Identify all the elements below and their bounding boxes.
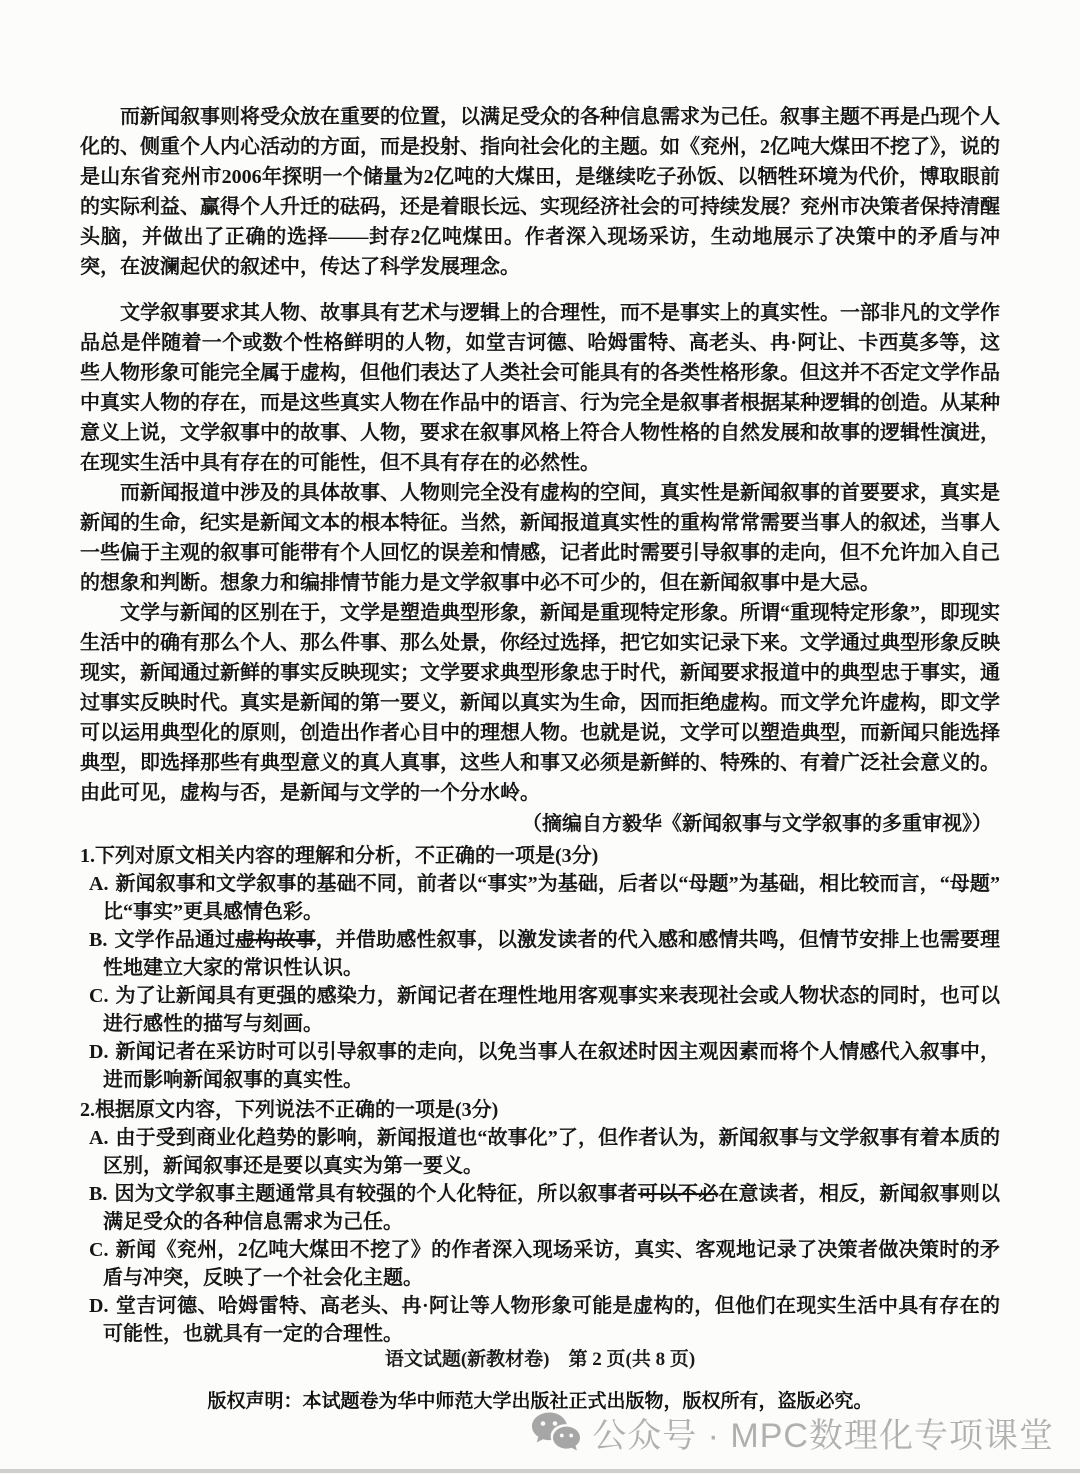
- passage-paragraph-2: 文学叙事要求其人物、故事具有艺术与逻辑上的合理性，而不是事实上的真实性。一部非凡…: [80, 298, 1000, 478]
- option-text: 由于受到商业化趋势的影响，新闻报道也“故事化”了，但作者认为，新闻叙事与文学叙事…: [103, 1127, 1000, 1177]
- question-2-stem: 2.根据原文内容，下列说法不正确的一项是(3分): [80, 1096, 1000, 1124]
- option-text: 新闻叙事和文学叙事的基础不同，前者以“事实”为基础，后者以“母题”为基础，相比较…: [103, 873, 1000, 923]
- option-text: 新闻《兖州，2亿吨大煤田不挖了》的作者深入现场采访，真实、客观地记录了决策者做决…: [103, 1239, 1000, 1289]
- question-2-option-b: B.因为文学叙事主题通常具有较强的个人化特征，所以叙事者可以不必在意读者，相反，…: [89, 1180, 1000, 1236]
- passage-paragraph-1: 而新闻叙事则将受众放在重要的位置，以满足受众的各种信息需求为己任。叙事主题不再是…: [80, 102, 1000, 282]
- option-text: 为了让新闻具有更强的感染力，新闻记者在理性地用客观事实来表现社会或人物状态的同时…: [103, 985, 1000, 1035]
- option-label: A.: [89, 1127, 108, 1149]
- struck-text: 虚构故事: [235, 929, 316, 951]
- option-label: A.: [89, 873, 108, 895]
- question-1-option-c: C.为了让新闻具有更强的感染力，新闻记者在理性地用客观事实来表现社会或人物状态的…: [89, 982, 1000, 1038]
- option-label: D.: [89, 1041, 108, 1063]
- exam-page: 而新闻叙事则将受众放在重要的位置，以满足受众的各种信息需求为己任。叙事主题不再是…: [0, 0, 1080, 1475]
- passage-paragraph-3: 而新闻报道中涉及的具体故事、人物则完全没有虚构的空间，真实性是新闻叙事的首要要求…: [80, 478, 1000, 598]
- watermark: 公众号 · MPC数理化专项课堂: [530, 1408, 1054, 1457]
- option-text: 文学作品通过: [114, 929, 235, 951]
- question-1-stem: 1.下列对原文相关内容的理解和分析，不正确的一项是(3分): [80, 842, 1000, 870]
- struck-text: 可以不必: [638, 1183, 719, 1205]
- question-1-option-d: D.新闻记者在采访时可以引导叙事的走向，以免当事人在叙述时因主观因素而将个人情感…: [89, 1038, 1000, 1094]
- wechat-icon: [530, 1411, 582, 1455]
- question-2-option-c: C.新闻《兖州，2亿吨大煤田不挖了》的作者深入现场采访，真实、客观地记录了决策者…: [89, 1236, 1000, 1292]
- option-label: C.: [89, 985, 108, 1007]
- question-2-option-a: A.由于受到商业化趋势的影响，新闻报道也“故事化”了，但作者认为，新闻叙事与文学…: [89, 1124, 1000, 1180]
- option-label: B.: [89, 929, 107, 951]
- option-label: D.: [89, 1295, 108, 1317]
- page-content: 而新闻叙事则将受众放在重要的位置，以满足受众的各种信息需求为己任。叙事主题不再是…: [0, 0, 1080, 1348]
- question-2: 2.根据原文内容，下列说法不正确的一项是(3分) A.由于受到商业化趋势的影响，…: [80, 1096, 1000, 1348]
- question-1-option-a: A.新闻叙事和文学叙事的基础不同，前者以“事实”为基础，后者以“母题”为基础，相…: [89, 870, 1000, 926]
- question-2-option-d: D.堂吉诃德、哈姆雷特、高老头、冉·阿让等人物形象可能是虚构的，但他们在现实生活…: [89, 1292, 1000, 1348]
- scan-edge-artifact: [0, 1469, 1080, 1473]
- option-text: 堂吉诃德、哈姆雷特、高老头、冉·阿让等人物形象可能是虚构的，但他们在现实生活中具…: [103, 1295, 1000, 1345]
- passage-attribution: （摘编自方毅华《新闻叙事与文学叙事的多重审视》）: [80, 808, 1000, 840]
- question-1: 1.下列对原文相关内容的理解和分析，不正确的一项是(3分) A.新闻叙事和文学叙…: [80, 842, 1000, 1094]
- option-label: B.: [89, 1183, 107, 1205]
- option-label: C.: [89, 1239, 108, 1261]
- footer-page-number: 语文试题(新教材卷) 第 2 页(共 8 页): [0, 1344, 1080, 1371]
- passage-paragraph-4: 文学与新闻的区别在于，文学是塑造典型形象，新闻是重现特定形象。所谓“重现特定形象…: [80, 598, 1000, 808]
- watermark-text: 公众号 · MPC数理化专项课堂: [592, 1408, 1054, 1457]
- option-text: 因为文学叙事主题通常具有较强的个人化特征，所以叙事者: [114, 1183, 637, 1205]
- option-text: 新闻记者在采访时可以引导叙事的走向，以免当事人在叙述时因主观因素而将个人情感代入…: [103, 1041, 1000, 1091]
- question-1-option-b: B.文学作品通过虚构故事，并借助感性叙事，以激发读者的代入感和感情共鸣，但情节安…: [89, 926, 1000, 982]
